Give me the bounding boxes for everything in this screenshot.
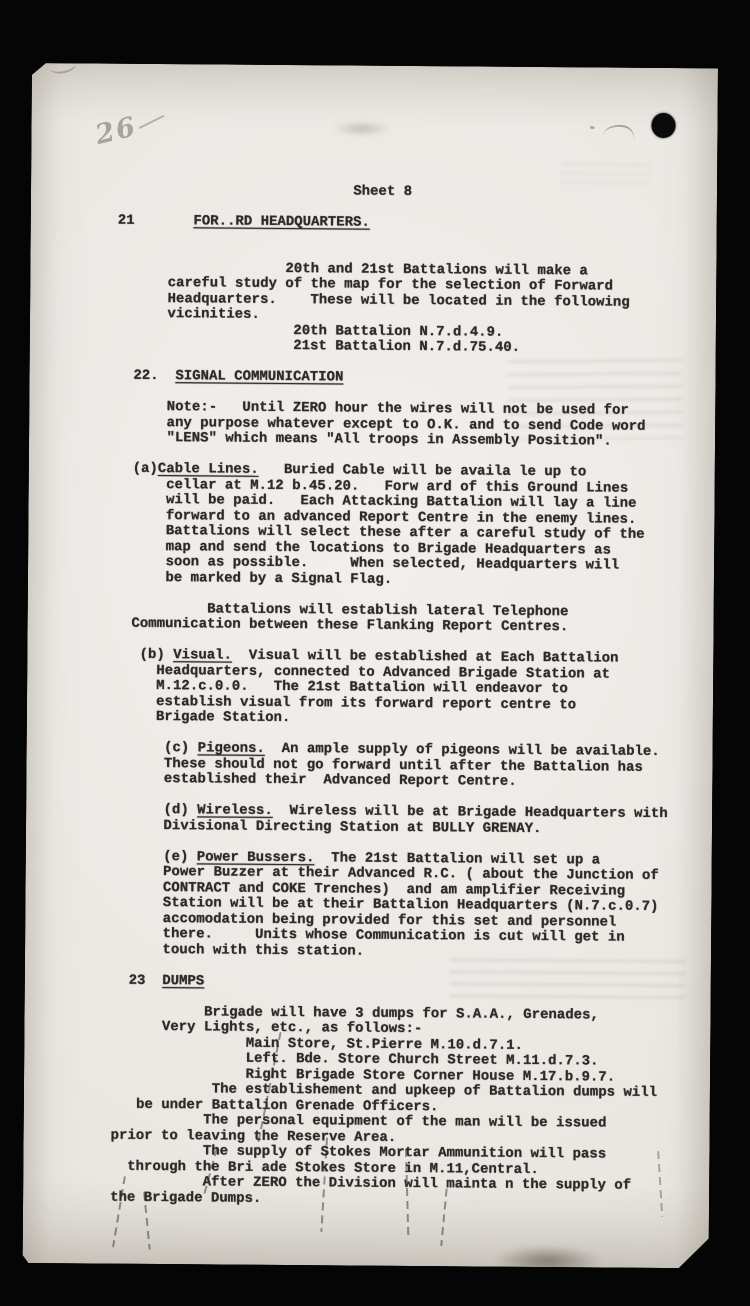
typewritten-text: Divisional Directing Station at BULLY GR… [113,817,542,836]
bleed-through-smudge [331,120,391,136]
typewritten-text: (d) [113,802,197,819]
punch-hole-dot [651,113,675,138]
typewritten-text: touch with this station. [112,941,364,959]
underlined-heading-text: Wireless. [197,802,273,819]
typewritten-text: 21st Battalion N.7.d.75.40. [117,337,520,356]
pencil-mark [603,122,637,141]
typewritten-text: 22. [116,368,175,384]
typewritten-text: 23 [112,972,163,988]
underlined-heading-text: Cable Lines. [158,461,259,478]
typewritten-text: Sheet 8 [118,182,412,200]
typewritten-text: Communication between these Flanking Rep… [115,616,569,636]
typewritten-text: (b) [114,647,173,663]
typewritten-text: established their Advanced Report Centre… [113,771,516,790]
pencil-stroke [139,115,165,129]
underlined-heading-text: DUMPS [162,973,204,989]
typewritten-text: be marked by a Signal Flag. [115,569,392,587]
underlined-heading-text: Visual. [173,647,232,663]
underlined-heading-text: Power Bussers. [197,849,315,866]
typewritten-text: the Brigade Dumps. [110,1189,261,1206]
document-text: Sheet 821 FOR..RD HEADQUARTERS. 20th and… [110,183,709,1211]
handwritten-page-number: 26 [92,111,140,151]
typewritten-text: "LENS" which means "All troops in Assemb… [116,430,612,450]
typewritten-text: 21 [118,213,194,230]
typewritten-text: vicinities. [117,306,260,323]
underlined-heading-text: FOR..RD HEADQUARTERS. [193,213,370,230]
typewritten-text: (a) [116,461,158,477]
underlined-heading-text: SIGNAL COMMUNICATION [175,368,343,385]
typewritten-text: (e) [113,848,197,865]
typewritten-text: (c) [114,740,198,757]
typewritten-text: Brigade Station. [114,709,291,726]
underlined-heading-text: Pigeons. [198,740,265,757]
document-page: 26 Sheet 821 FOR..RD HEADQUARTERS. 20th … [23,63,718,1268]
